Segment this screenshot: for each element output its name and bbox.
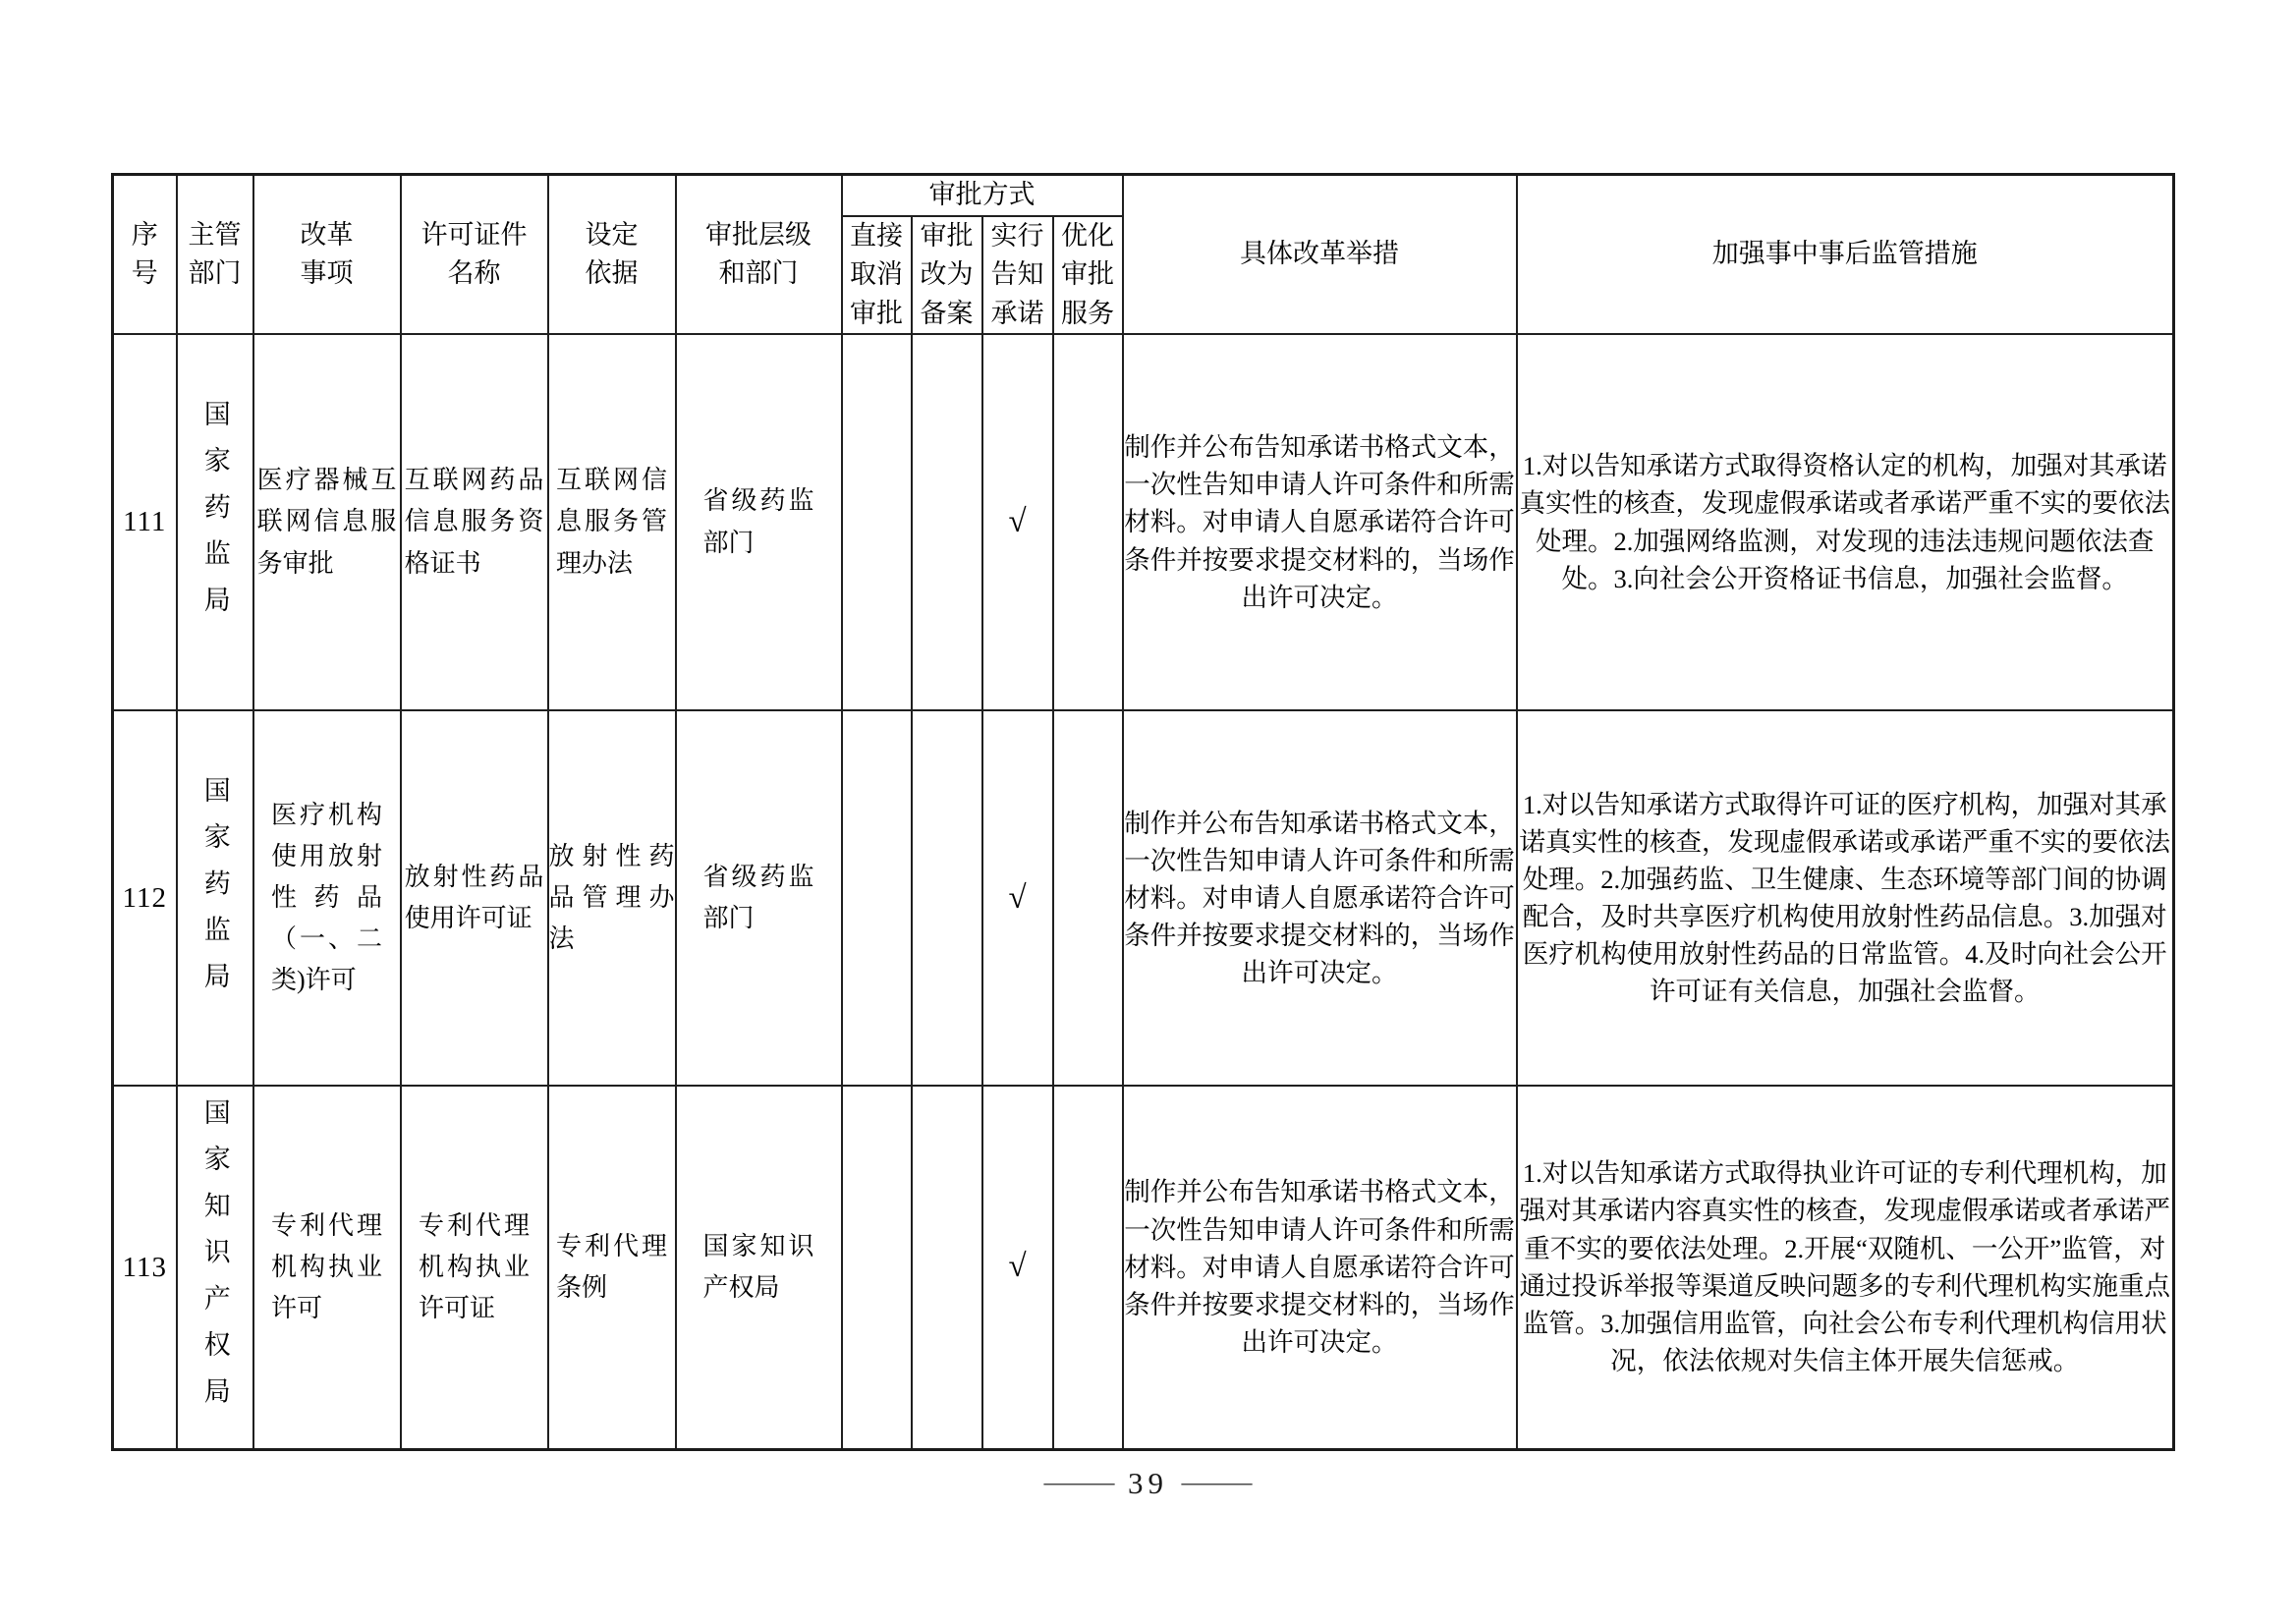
basis-cell: 专利代理条例	[548, 1086, 676, 1449]
reform-item-cell: 医疗机构使用放射性药品（一、二类)许可	[253, 710, 401, 1086]
document-page: { "page": { "number": "39", "left_dash":…	[0, 0, 2296, 1624]
mode-commitment-checkmark: √	[982, 710, 1053, 1086]
serial-cell: 112	[113, 710, 177, 1086]
page-number-value: 39	[1128, 1466, 1168, 1500]
header-reform-item: 改革事项	[253, 175, 401, 335]
mode-filing-cell	[912, 1086, 982, 1449]
approval-reform-table: 序号 主管部门 改革事项 许可证件名称 设定依据 审批层级和部门 审批方式 具体…	[111, 173, 2175, 1451]
header-mode-optimize: 优化审批服务	[1053, 216, 1123, 334]
measures-cell: 制作并公布告知承诺书格式文本，一次性告知申请人许可条件和所需材料。对申请人自愿承…	[1123, 1086, 1517, 1449]
measures-cell: 制作并公布告知承诺书格式文本，一次性告知申请人许可条件和所需材料。对申请人自愿承…	[1123, 334, 1517, 710]
header-approval-level: 审批层级和部门	[676, 175, 842, 335]
mode-filing-cell	[912, 710, 982, 1086]
mode-cancel-cell	[842, 334, 912, 710]
header-approval-mode-group: 审批方式	[842, 175, 1123, 217]
table-row: 111 国家药监局 医疗器械互联网信息服务审批 互联网药品信息服务资格证书 互联…	[113, 334, 2174, 710]
serial-cell: 111	[113, 334, 177, 710]
basis-cell: 互联网信息服务管理办法	[548, 334, 676, 710]
header-basis: 设定依据	[548, 175, 676, 335]
page-dash-left: —	[1044, 1464, 1114, 1499]
mode-optimize-cell	[1053, 710, 1123, 1086]
header-measures: 具体改革举措	[1123, 175, 1517, 335]
header-supervision: 加强事中事后监管措施	[1517, 175, 2174, 335]
reform-item-cell: 医疗器械互联网信息服务审批	[253, 334, 401, 710]
mode-optimize-cell	[1053, 334, 1123, 710]
department-cell: 国家知识产权局	[177, 1086, 253, 1449]
serial-cell: 113	[113, 1086, 177, 1449]
approval-level-cell: 国家知识产权局	[676, 1086, 842, 1449]
mode-cancel-cell	[842, 1086, 912, 1449]
approval-level-cell: 省级药监部门	[676, 334, 842, 710]
basis-cell: 放射性药品管理办法	[548, 710, 676, 1086]
supervision-cell: 1.对以告知承诺方式取得许可证的医疗机构，加强对其承诺真实性的核查，发现虚假承诺…	[1517, 710, 2174, 1086]
department-cell: 国家药监局	[177, 710, 253, 1086]
reform-item-cell: 专利代理机构执业许可	[253, 1086, 401, 1449]
license-name-cell: 互联网药品信息服务资格证书	[401, 334, 548, 710]
table-row: 113 国家知识产权局 专利代理机构执业许可 专利代理机构执业许可证 专利代理条…	[113, 1086, 2174, 1449]
department-vertical-text: 国家知识产权局	[198, 1098, 230, 1424]
header-mode-cancel: 直接取消审批	[842, 216, 912, 334]
page-dash-right: —	[1182, 1464, 1252, 1499]
page-number: —39—	[0, 1466, 2296, 1501]
header-mode-filing: 审批改为备案	[912, 216, 982, 334]
header-license-name: 许可证件名称	[401, 175, 548, 335]
header-mode-commitment: 实行告知承诺	[982, 216, 1053, 334]
reform-table-sheet: 序号 主管部门 改革事项 许可证件名称 设定依据 审批层级和部门 审批方式 具体…	[111, 173, 2175, 1451]
license-name-cell: 专利代理机构执业许可证	[401, 1086, 548, 1449]
measures-cell: 制作并公布告知承诺书格式文本，一次性告知申请人许可条件和所需材料。对申请人自愿承…	[1123, 710, 1517, 1086]
department-cell: 国家药监局	[177, 334, 253, 710]
header-serial: 序号	[113, 175, 177, 335]
mode-filing-cell	[912, 334, 982, 710]
department-vertical-text: 国家药监局	[198, 400, 230, 632]
supervision-cell: 1.对以告知承诺方式取得资格认定的机构，加强对其承诺真实性的核查，发现虚假承诺或…	[1517, 334, 2174, 710]
approval-level-cell: 省级药监部门	[676, 710, 842, 1086]
table-row: 112 国家药监局 医疗机构使用放射性药品（一、二类)许可 放射性药品使用许可证…	[113, 710, 2174, 1086]
supervision-cell: 1.对以告知承诺方式取得执业许可证的专利代理机构，加强对其承诺内容真实性的核查，…	[1517, 1086, 2174, 1449]
mode-optimize-cell	[1053, 1086, 1123, 1449]
mode-commitment-checkmark: √	[982, 1086, 1053, 1449]
department-vertical-text: 国家药监局	[198, 776, 230, 1008]
mode-cancel-cell	[842, 710, 912, 1086]
header-department: 主管部门	[177, 175, 253, 335]
license-name-cell: 放射性药品使用许可证	[401, 710, 548, 1086]
mode-commitment-checkmark: √	[982, 334, 1053, 710]
